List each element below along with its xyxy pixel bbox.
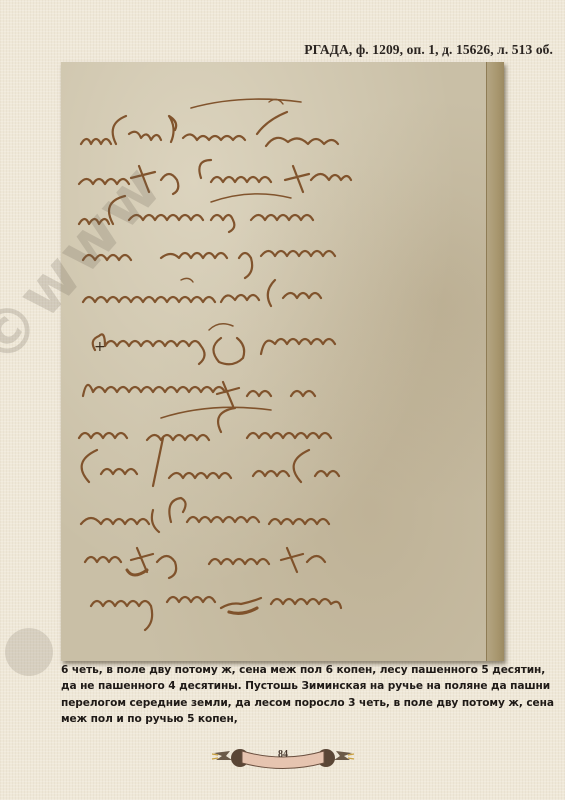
margin-cross-mark: +	[94, 339, 106, 355]
handwriting-strokes	[61, 62, 504, 661]
transcription-line: перелогом середние земли, да лесом порос…	[61, 695, 504, 711]
watermark-circle	[5, 628, 53, 676]
transcription-line: да не пашенного 4 десятины. Пустошь Зими…	[61, 678, 504, 694]
archive-reference: РГАДА, ф. 1209, оп. 1, д. 15626, л. 513 …	[304, 42, 553, 58]
transcription-text: 6 четь, в поле дву потому ж, сена меж по…	[61, 662, 504, 727]
manuscript-image: +	[61, 62, 504, 661]
page-number-banner: 84	[208, 741, 358, 771]
transcription-line: 6 четь, в поле дву потому ж, сена меж по…	[61, 662, 504, 678]
transcription-line: меж пол и по ручью 5 копен,	[61, 711, 504, 727]
page-number: 84	[208, 749, 358, 760]
